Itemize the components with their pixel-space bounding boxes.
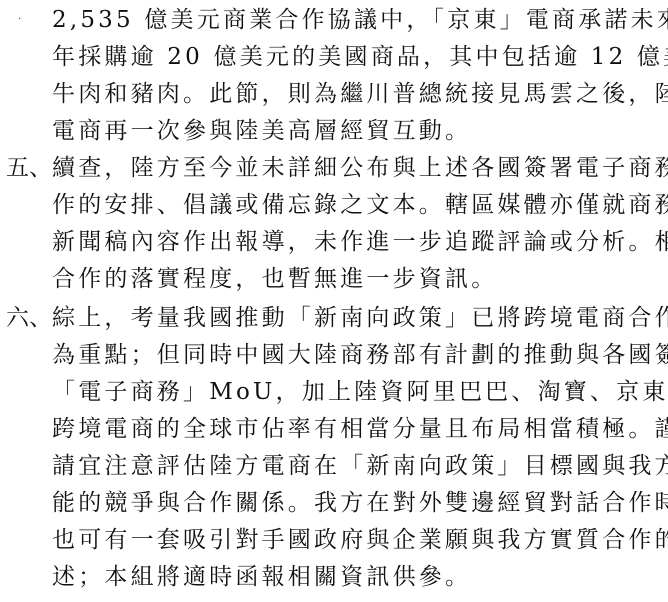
text-line: 作的安排、倡議或備忘錄之文本。轄區媒體亦僅就商務部 bbox=[0, 187, 668, 224]
text-line: 五、 續查，陸方至今並未詳細公布與上述各國簽署電子商務合 bbox=[0, 150, 668, 187]
section-marker: 五、 bbox=[6, 150, 52, 187]
line-text: 綜上，考量我國推動「新南向政策」已將跨境電商合作列 bbox=[52, 300, 662, 337]
line-text: 牛肉和豬肉。此節，則為繼川普總統接見馬雲之後，陸資 bbox=[52, 76, 662, 113]
line-text: 「電子商務」MoU，加上陸資阿里巴巴、淘寶、京東等在 bbox=[52, 374, 662, 411]
text-line: 請宜注意評估陸方電商在「新南向政策」目標國與我方可 bbox=[0, 448, 668, 485]
text-line: 能的競爭與合作關係。我方在對外雙邊經貿對話合作時， bbox=[0, 485, 668, 522]
text-line: 2,535 億美元商業合作協議中，「京東」電商承諾未來 3 bbox=[0, 2, 668, 39]
text-line: 也可有一套吸引對手國政府與企業願與我方實質合作的論 bbox=[0, 522, 668, 559]
document-page: · 2,535 億美元商業合作協議中，「京東」電商承諾未來 3 年採購逾 20 … bbox=[0, 0, 668, 602]
text-line: 「電子商務」MoU，加上陸資阿里巴巴、淘寶、京東等在 bbox=[0, 374, 668, 411]
line-text: 續查，陸方至今並未詳細公布與上述各國簽署電子商務合 bbox=[52, 150, 662, 187]
text-line: 新聞稿內容作出報導，未作進一步追蹤評論或分析。相關 bbox=[0, 224, 668, 261]
text-line: 六、 綜上，考量我國推動「新南向政策」已將跨境電商合作列 bbox=[0, 300, 668, 337]
line-text: 為重點；但同時中國大陸商務部有計劃的推動與各國簽署 bbox=[52, 337, 662, 374]
line-text: 合作的落實程度，也暫無進一步資訊。 bbox=[52, 261, 662, 298]
line-text: 能的競爭與合作關係。我方在對外雙邊經貿對話合作時， bbox=[52, 485, 662, 522]
text-line: 牛肉和豬肉。此節，則為繼川普總統接見馬雲之後，陸資 bbox=[0, 76, 668, 113]
text-line: 跨境電商的全球市佔率有相當分量且布局相當積極。謹建 bbox=[0, 411, 668, 448]
line-text: 請宜注意評估陸方電商在「新南向政策」目標國與我方可 bbox=[52, 448, 662, 485]
text-line: 電商再一次參與陸美高層經貿互動。 bbox=[0, 113, 668, 150]
text-line: 為重點；但同時中國大陸商務部有計劃的推動與各國簽署 bbox=[0, 337, 668, 374]
text-line: 年採購逾 20 億美元的美國商品，其中包括逾 12 億美元的 bbox=[0, 39, 668, 76]
line-text: 電商再一次參與陸美高層經貿互動。 bbox=[52, 113, 662, 150]
line-text: 新聞稿內容作出報導，未作進一步追蹤評論或分析。相關 bbox=[52, 224, 662, 261]
line-text: 2,535 億美元商業合作協議中，「京東」電商承諾未來 3 bbox=[52, 2, 662, 39]
section-marker: 六、 bbox=[6, 300, 52, 337]
line-text: 也可有一套吸引對手國政府與企業願與我方實質合作的論 bbox=[52, 522, 662, 559]
line-text: 述；本組將適時函報相關資訊供參。 bbox=[52, 559, 662, 596]
text-line: 合作的落實程度，也暫無進一步資訊。 bbox=[0, 261, 668, 298]
line-text: 跨境電商的全球市佔率有相當分量且布局相當積極。謹建 bbox=[52, 411, 662, 448]
line-text: 作的安排、倡議或備忘錄之文本。轄區媒體亦僅就商務部 bbox=[52, 187, 662, 224]
line-text: 年採購逾 20 億美元的美國商品，其中包括逾 12 億美元的 bbox=[52, 39, 662, 76]
text-line: 述；本組將適時函報相關資訊供參。 bbox=[0, 559, 668, 596]
